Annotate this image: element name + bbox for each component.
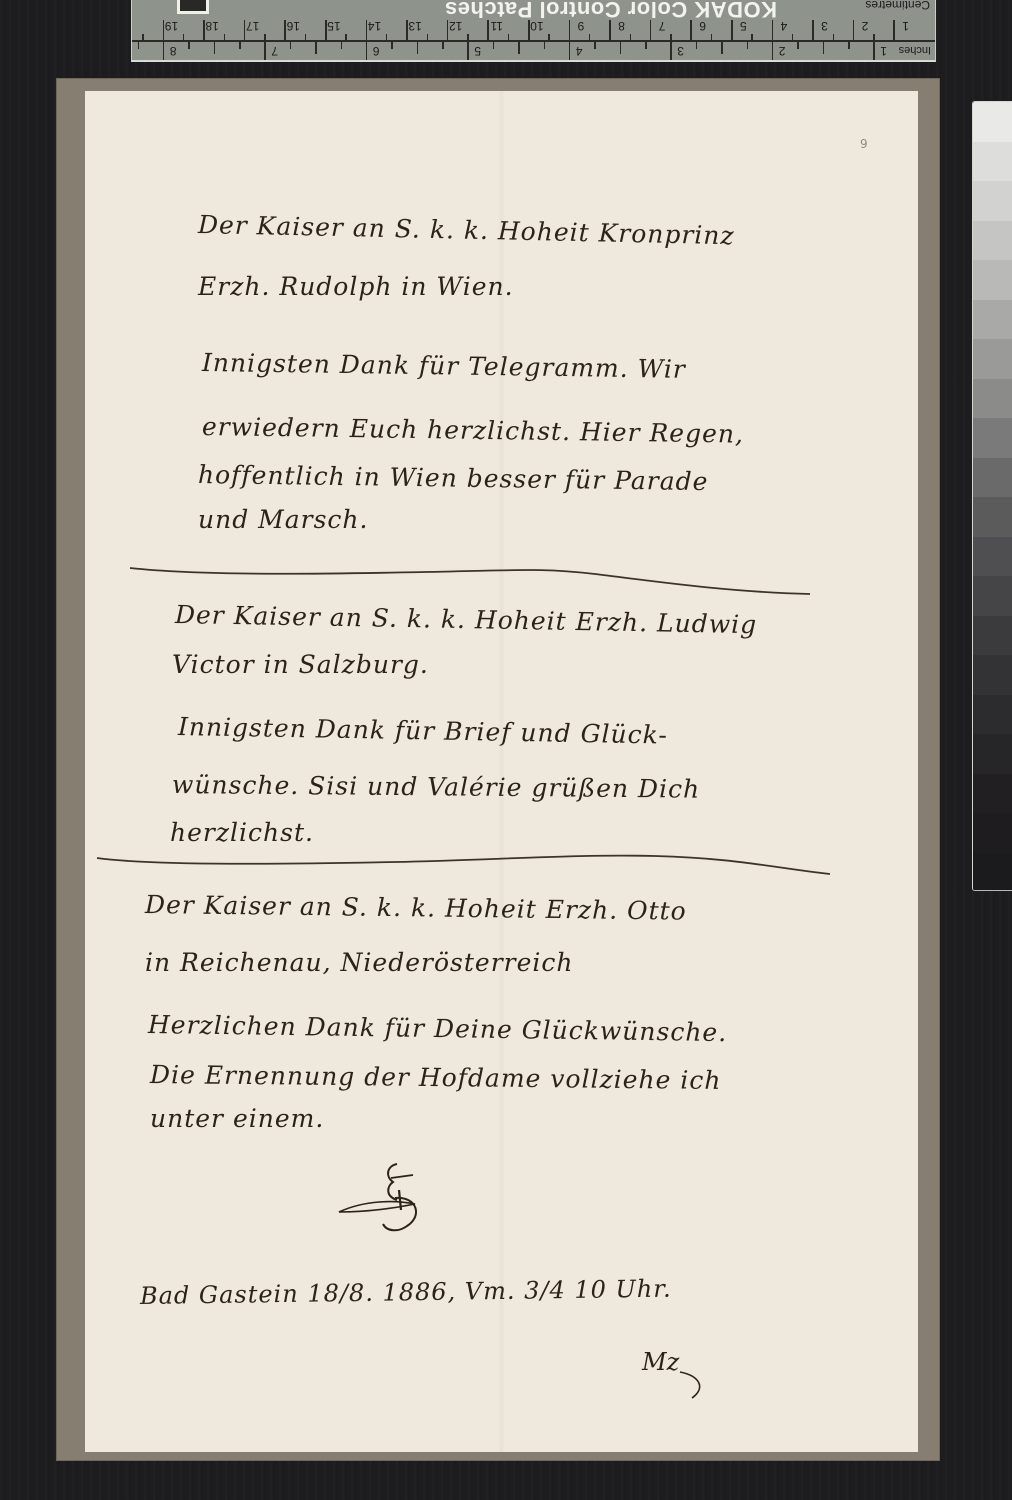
cm-number: 6 (699, 19, 706, 33)
ruler-centimetres-label: Centimetres (865, 0, 930, 12)
cm-number: 16 (287, 19, 300, 33)
inch-sub-tick (620, 42, 622, 54)
ruler-flipped-face: KODAK Color Control Patches Centimetres … (132, 0, 935, 60)
cm-number: 8 (618, 19, 625, 33)
inch-tick (265, 42, 267, 60)
imperial-monogram-signature (335, 1160, 445, 1240)
grayscale-patch (973, 537, 1012, 577)
cm-number: 7 (659, 19, 666, 33)
cm-number: 11 (491, 19, 503, 33)
inch-sub-tick (391, 42, 393, 49)
grayscale-patch (973, 813, 1012, 853)
inch-tick (671, 42, 673, 60)
inch-sub-tick (239, 42, 241, 49)
section-3-body-line-2: Die Ernennung der Hofdame vollziehe ich (150, 1060, 722, 1095)
cm-half-tick (345, 34, 347, 42)
cm-number: 2 (862, 19, 869, 33)
cm-number: 13 (408, 19, 421, 33)
inch-sub-tick (721, 42, 723, 54)
inch-sub-tick (594, 42, 596, 49)
inch-sub-tick (188, 42, 190, 49)
cm-half-tick (264, 34, 266, 42)
inch-number: 8 (170, 44, 177, 58)
cm-tick (731, 20, 733, 42)
section-2-body-line-2: wünsche. Sisi und Valérie grüßen Dich (172, 770, 700, 804)
cm-half-tick (305, 34, 307, 42)
inch-number: 1 (880, 44, 887, 58)
inch-number: 6 (373, 44, 380, 58)
cm-tick (894, 20, 896, 42)
grayscale-patch (973, 339, 1012, 379)
cm-tick (853, 20, 855, 42)
cm-number: 19 (165, 19, 178, 33)
inch-number: 3 (677, 44, 684, 58)
cm-number: 14 (368, 19, 381, 33)
inch-sub-tick (848, 42, 850, 49)
cm-half-tick (386, 34, 388, 42)
clerk-initials-mark: Mz (640, 1340, 715, 1400)
cm-number: 9 (578, 19, 585, 33)
cm-half-tick (630, 34, 632, 42)
inch-sub-tick (315, 42, 317, 54)
page-number: 9 (860, 137, 868, 151)
cm-tick (650, 20, 652, 42)
grayscale-patch (973, 576, 1012, 616)
grayscale-patch (973, 260, 1012, 300)
section-divider-2 (95, 852, 835, 882)
section-2-heading-line-2: Victor in Salzburg. (172, 650, 429, 679)
cm-number: 12 (449, 19, 462, 33)
cm-number: 1 (902, 19, 909, 33)
inch-sub-tick (290, 42, 292, 49)
inch-tick (163, 42, 165, 60)
cm-half-tick (873, 34, 875, 42)
cm-half-tick (548, 34, 550, 42)
cm-tick (691, 20, 693, 42)
section-1-heading-line-2: Erzh. Rudolph in Wien. (198, 272, 514, 301)
cm-tick (488, 20, 490, 42)
grayscale-patch (973, 102, 1012, 142)
kodak-logo-icon (177, 0, 209, 14)
cm-half-tick (467, 34, 469, 42)
cm-half-tick (508, 34, 510, 42)
cm-number: 18 (205, 19, 218, 33)
ruler-inches-label: Inches (899, 44, 931, 56)
grayscale-patch (973, 655, 1012, 695)
section-1-body-line-4: und Marsch. (198, 505, 369, 534)
inch-tick (772, 42, 774, 60)
cm-half-tick (142, 34, 144, 42)
cm-half-tick (670, 34, 672, 42)
cm-tick (609, 20, 611, 42)
inch-sub-tick (747, 42, 749, 49)
ruler-scale-line (132, 40, 935, 42)
cm-half-tick (792, 34, 794, 42)
cm-half-tick (183, 34, 185, 42)
grayscale-patch (973, 221, 1012, 261)
grayscale-patch (973, 418, 1012, 458)
inch-number: 2 (779, 44, 786, 58)
grayscale-patch (973, 497, 1012, 537)
grayscale-patch (973, 458, 1012, 498)
inch-sub-tick (645, 42, 647, 49)
inch-sub-tick (797, 42, 799, 49)
cm-tick (569, 20, 571, 42)
inch-sub-tick (544, 42, 546, 49)
cm-number: 15 (327, 19, 340, 33)
grayscale-patch (973, 181, 1012, 221)
inch-tick (569, 42, 571, 60)
grayscale-patch (973, 379, 1012, 419)
inch-tick (366, 42, 368, 60)
cm-number: 5 (740, 19, 747, 33)
cm-tick (812, 20, 814, 42)
grayscale-control-strip (972, 101, 1012, 891)
cm-half-tick (224, 34, 226, 42)
kodak-color-control-ruler: KODAK Color Control Patches Centimetres … (131, 0, 936, 62)
inch-sub-tick (493, 42, 495, 49)
inch-sub-tick (417, 42, 419, 54)
inch-number: 4 (576, 44, 583, 58)
section-3-body-line-3: unter einem. (150, 1104, 324, 1133)
grayscale-patch (973, 142, 1012, 182)
inch-number: 5 (474, 44, 481, 58)
inch-sub-tick (518, 42, 520, 54)
section-2-body-line-3: herzlichst. (170, 818, 314, 847)
inch-sub-tick (823, 42, 825, 54)
inch-tick (468, 42, 470, 60)
grayscale-patch (973, 774, 1012, 814)
grayscale-patch (973, 853, 1012, 892)
inch-sub-tick (214, 42, 216, 54)
inch-number: 7 (271, 44, 278, 58)
cm-tick (772, 20, 774, 42)
section-3-heading-line-2: in Reichenau, Niederösterreich (145, 948, 574, 977)
cm-number: 4 (781, 19, 788, 33)
grayscale-patch (973, 695, 1012, 735)
cm-number: 17 (246, 19, 259, 33)
inch-tick (874, 42, 876, 60)
section-divider-1 (125, 560, 815, 596)
grayscale-patch (973, 734, 1012, 774)
cm-number: 3 (821, 19, 828, 33)
cm-half-tick (589, 34, 591, 42)
cm-half-tick (751, 34, 753, 42)
inch-sub-tick (696, 42, 698, 49)
inch-sub-tick (138, 42, 140, 49)
grayscale-patch (973, 616, 1012, 656)
inch-sub-tick (341, 42, 343, 49)
clerk-initials-text: Mz (641, 1348, 680, 1376)
cm-half-tick (711, 34, 713, 42)
cm-half-tick (833, 34, 835, 42)
cm-half-tick (427, 34, 429, 42)
grayscale-patch (973, 300, 1012, 340)
cm-number: 10 (530, 19, 543, 33)
inch-sub-tick (442, 42, 444, 49)
